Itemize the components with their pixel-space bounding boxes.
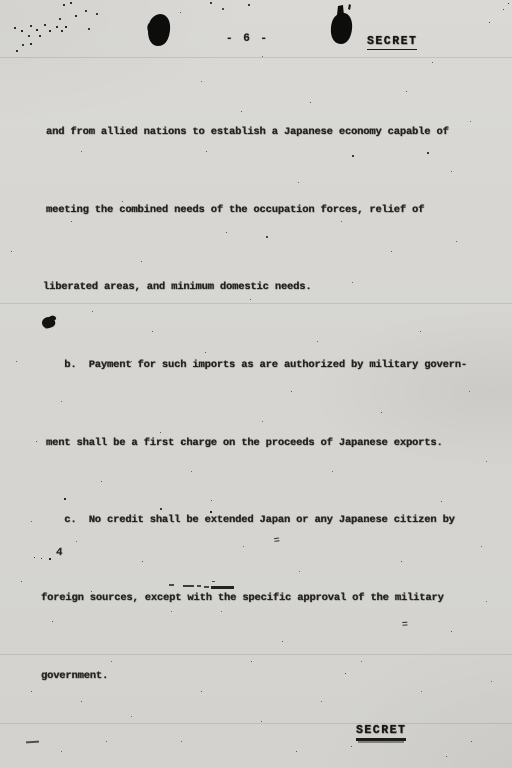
ink-blot-left — [146, 13, 172, 47]
ink-blot-right — [329, 4, 357, 48]
classification-stamp-footer: SECRET — [356, 724, 406, 741]
pencil-dash — [197, 585, 201, 587]
classification-stamp-header: SECRET — [367, 35, 417, 50]
pencil-tick — [212, 581, 215, 582]
pencil-mark: 4 — [56, 547, 63, 559]
pencil-dash — [183, 585, 194, 587]
text-line: and from allied nations to establish a J… — [46, 120, 486, 146]
pencil-equals-mark-right: = — [402, 620, 409, 631]
text-line: c. No credit shall be extended Japan or … — [46, 508, 486, 534]
scanned-document-page: - 6 - SECRET and from allied nations to … — [0, 0, 512, 768]
text-line: foreign sources, except with the specifi… — [41, 586, 486, 612]
document-body-text: and from allied nations to establish a J… — [46, 68, 486, 741]
pencil-dash — [169, 584, 174, 586]
text-line: government. — [41, 664, 486, 690]
text-line: meeting the combined needs of the occupa… — [46, 198, 486, 224]
text-line: liberated areas, and minimum domestic ne… — [43, 275, 486, 301]
scan-speckles-coarse — [0, 0, 2, 2]
text-line: b. Payment for such imports as are autho… — [46, 353, 486, 379]
pencil-dash — [204, 586, 209, 588]
pencil-dash-heavy — [211, 586, 234, 589]
page-number: - 6 - — [226, 33, 269, 45]
scan-band-line — [0, 57, 512, 58]
text-line: ment shall be a first charge on the proc… — [46, 431, 486, 457]
pencil-dash-bottom — [26, 741, 39, 744]
